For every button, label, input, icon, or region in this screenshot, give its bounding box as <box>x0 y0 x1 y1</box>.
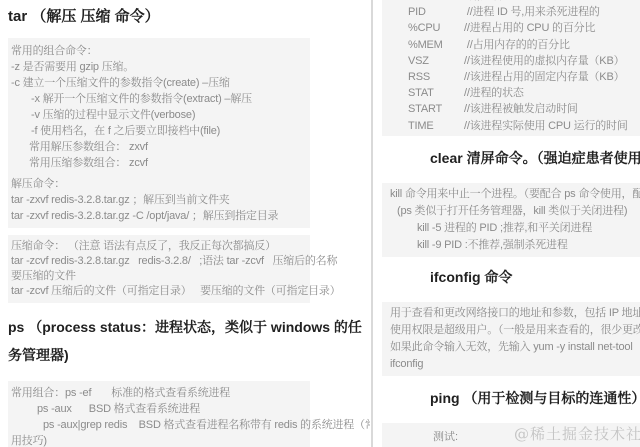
ps-field-desc: //该进程实际使用 CPU 运行的时间 <box>464 118 640 134</box>
tar-compress-block: 压缩命令： （注意 语法有点反了，我反正每次都搞反） tar -zcvf red… <box>8 235 310 303</box>
heading-ps: ps （process status：进程状态，类似于 windows 的任务管… <box>8 313 370 369</box>
text-line: -v 压缩的过程中显示文件(verbose) <box>8 107 310 123</box>
ps-field-row: %MEM //占用内存的的百分比 <box>382 37 640 53</box>
text-line: 压缩命令： （注意 语法有点反了，我反正每次都搞反） <box>8 239 310 254</box>
ps-fields-block: USER //用户名 PID //进程 ID 号,用来杀死进程的 %CPU //… <box>382 0 640 136</box>
ps-combo-block: 常用组合：ps -ef 标准的格式查看系统进程 ps -aux BSD 格式查看… <box>8 381 310 447</box>
text-line: -z 是否需要用 gzip 压缩。 <box>8 59 310 75</box>
watermark: @稀土掘金技术社区 <box>514 423 640 444</box>
heading-clear: clear 清屏命令。（强迫症患者使用） <box>430 148 640 168</box>
ps-field-row: STAT //进程的状态 <box>382 85 640 101</box>
ps-field-row: VSZ //该进程使用的虚拟内存量（KB） <box>382 53 640 69</box>
ps-field-row: %CPU //进程占用的 CPU 的百分比 <box>382 20 640 36</box>
ps-field-label: STAT <box>408 85 464 101</box>
text-line: (ps 类似于打开任务管理器，kill 类似于关闭进程) <box>382 203 640 220</box>
ps-field-label: PID <box>408 4 464 20</box>
ps-field-row: TIME //该进程实际使用 CPU 运行的时间 <box>382 118 640 134</box>
text-line: 解压命令： <box>8 176 310 192</box>
column-divider <box>371 0 373 447</box>
ps-field-desc: //进程 ID 号,用来杀死进程的 <box>464 4 640 20</box>
ifconfig-block: 用于查看和更改网络接口的地址和参数，包括 IP 地址、 使用权限是超级用户。（一… <box>382 302 640 376</box>
ps-field-label: RSS <box>408 69 464 85</box>
ps-field-label: START <box>408 101 464 117</box>
text-line: kill 命令用来中止一个进程。（要配合 ps 命令使用，配 <box>382 186 640 203</box>
text-line: -f 使用档名，在 f 之后要立即接档中(file) <box>8 123 310 139</box>
notes-page: tar （解压 压缩 命令） 常用的组合命令： -z 是否需要用 gzip 压缩… <box>0 0 640 447</box>
text-line: ifconfig <box>382 356 640 373</box>
ps-field-desc: //进程的状态 <box>464 85 640 101</box>
text-line: 常用的组合命令： <box>8 43 310 59</box>
heading-ping: ping （用于检测与目标的连通性）语法：p <box>430 388 640 408</box>
ps-field-desc: //进程占用的 CPU 的百分比 <box>464 20 640 36</box>
text-line: kill -9 PID :不推荐,强制杀死进程 <box>382 237 640 254</box>
text-line: tar -zxvf redis-3.2.8.tar.gz ；解压到当前文件夹 <box>8 192 310 208</box>
ps-field-desc: //该进程使用的虚拟内存量（KB） <box>464 53 640 69</box>
ps-field-row: START //该进程被触发启动时间 <box>382 101 640 117</box>
ps-field-label: %CPU <box>408 20 464 36</box>
text-line: 要压缩的文件 <box>8 269 310 284</box>
text-line: ps -aux|grep redis BSD 格式查看进程名称带有 redis … <box>8 417 310 433</box>
text-line: 常用压缩参数组合： zcvf <box>8 155 310 171</box>
ps-field-desc: //占用内存的的百分比 <box>464 37 640 53</box>
text-line: ps -aux BSD 格式查看系统进程 <box>8 401 310 417</box>
ps-field-desc: //该进程占用的固定内存量（KB） <box>464 69 640 85</box>
text-line: -x 解开一个压缩文件的参数指令(extract) –解压 <box>8 91 310 107</box>
text-line: 使用权限是超级用户。（一般是用来查看的，很少更改 <box>382 322 640 339</box>
text-line: 常用组合：ps -ef 标准的格式查看系统进程 <box>8 385 310 401</box>
heading-tar: tar （解压 压缩 命令） <box>8 5 160 26</box>
ps-field-label: %MEM <box>408 37 464 53</box>
ps-field-label: TIME <box>408 118 464 134</box>
ps-field-desc: //该进程被触发启动时间 <box>464 101 640 117</box>
text-line: tar -zcvf 压缩后的文件（可指定目录） 要压缩的文件（可指定目录） <box>8 284 310 299</box>
ps-field-row: PID //进程 ID 号,用来杀死进程的 <box>382 4 640 20</box>
heading-ifconfig: ifconfig 命令 <box>430 267 512 287</box>
text-line: tar -zxvf redis-3.2.8.tar.gz -C /opt/jav… <box>8 208 310 224</box>
text-line: 如果此命令输入无效，先输入 yum -y install net-tool <box>382 339 640 356</box>
text-line: 用技巧) <box>8 433 310 447</box>
text-line: kill -5 进程的 PID ;推荐,和平关闭进程 <box>382 220 640 237</box>
ps-field-label: VSZ <box>408 53 464 69</box>
text-line: 常用解压参数组合： zxvf <box>8 139 310 155</box>
ps-field-row: RSS //该进程占用的固定内存量（KB） <box>382 69 640 85</box>
text-line: 用于查看和更改网络接口的地址和参数，包括 IP 地址、 <box>382 305 640 322</box>
test-label: 测试: <box>433 428 458 444</box>
left-column: tar （解压 压缩 命令） 常用的组合命令： -z 是否需要用 gzip 压缩… <box>0 0 370 447</box>
tar-extract-block: 解压命令： tar -zxvf redis-3.2.8.tar.gz ；解压到当… <box>8 172 310 228</box>
text-line: tar -zcvf redis-3.2.8.tar.gz redis-3.2.8… <box>8 254 310 269</box>
kill-block: kill 命令用来中止一个进程。（要配合 ps 命令使用，配 (ps 类似于打开… <box>382 183 640 257</box>
tar-combo-block: 常用的组合命令： -z 是否需要用 gzip 压缩。 -c 建立一个压缩文件的参… <box>8 38 310 177</box>
text-line: -c 建立一个压缩文件的参数指令(create) –压缩 <box>8 75 310 91</box>
